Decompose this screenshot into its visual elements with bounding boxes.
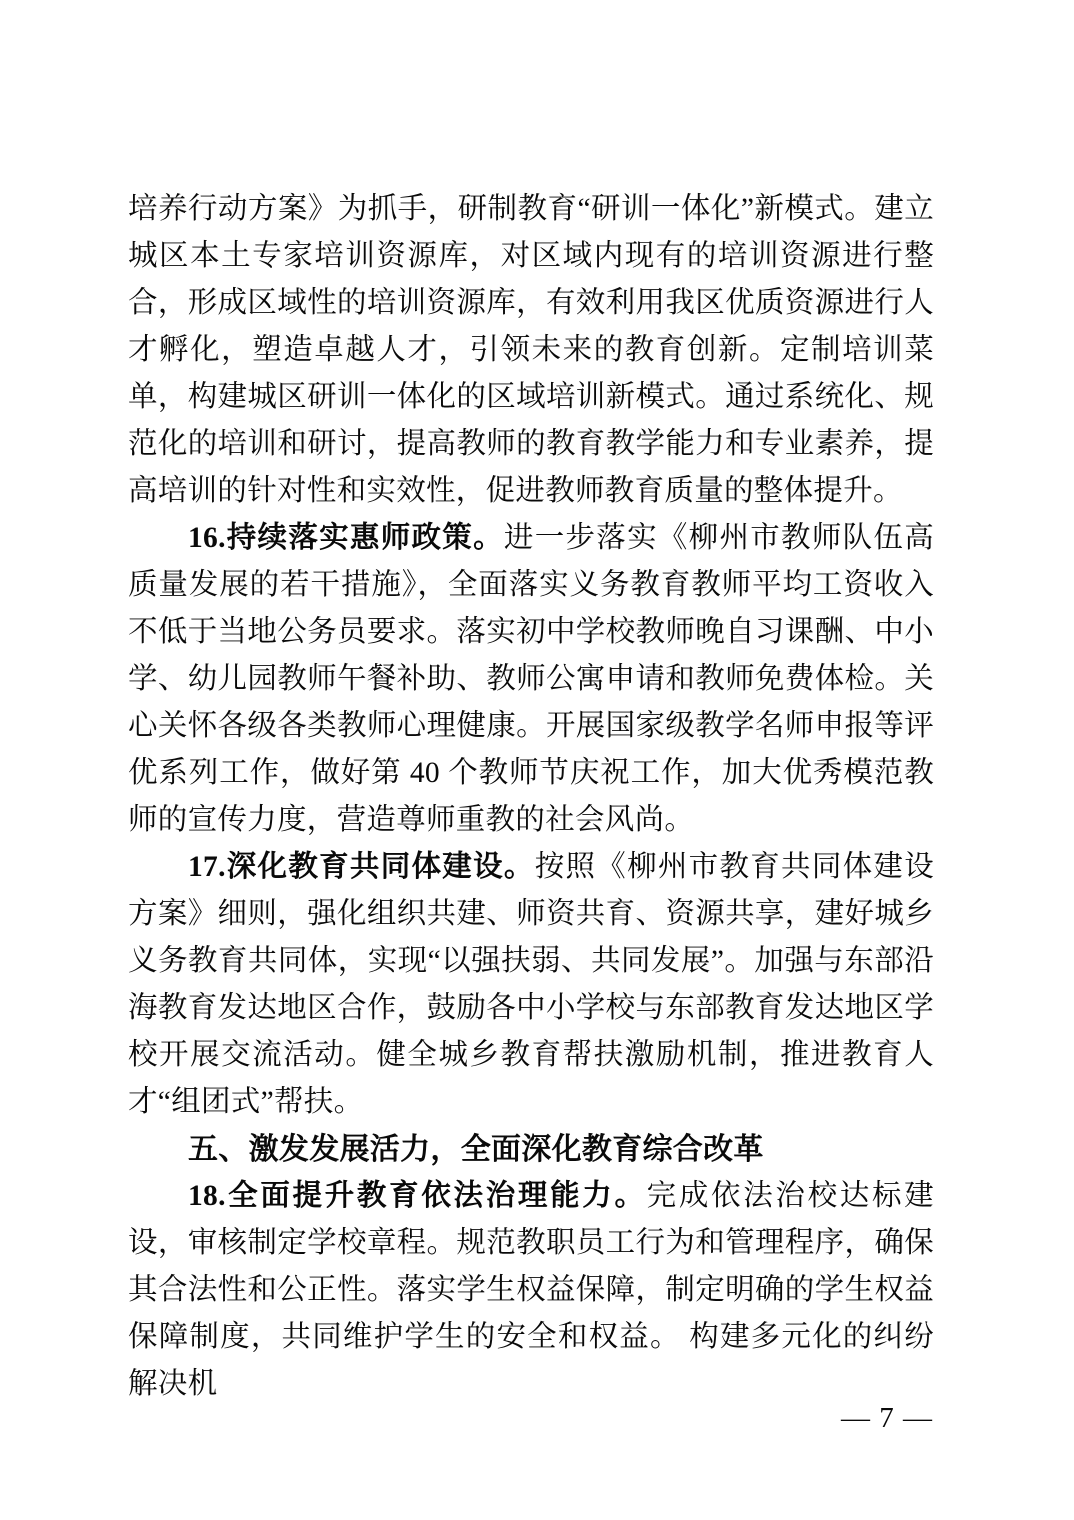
item-18: 18.全面提升教育依法治理能力。完成依法治校达标建设，审核制定学校章程。规范教职… xyxy=(128,1173,934,1408)
item-18-text: 完成依法治校达标建设，审核制定学校章程。规范教职员工行为和管理程序，确保其合法性… xyxy=(128,1180,934,1400)
document-body: 培养行动方案》为抓手，研制教育“研训一体化”新模式。建立城区本土专家培训资源库，… xyxy=(128,186,934,1408)
paragraph-continuation: 培养行动方案》为抓手，研制教育“研训一体化”新模式。建立城区本土专家培训资源库，… xyxy=(128,186,934,515)
item-16-text: 进一步落实《柳州市教师队伍高质量发展的若干措施》，全面落实义务教育教师平均工资收… xyxy=(128,522,934,836)
item-17-text: 按照《柳州市教育共同体建设方案》细则，强化组织共建、师资共育、资源共享，建好城乡… xyxy=(128,851,934,1118)
page-number: — 7 — xyxy=(841,1398,933,1438)
document-page: 培养行动方案》为抓手，研制教育“研训一体化”新模式。建立城区本土专家培训资源库，… xyxy=(0,0,1074,1520)
item-16: 16.持续落实惠师政策。进一步落实《柳州市教师队伍高质量发展的若干措施》，全面落… xyxy=(128,515,934,844)
section-5-heading: 五、激发发展活力，全面深化教育综合改革 xyxy=(128,1126,934,1173)
paragraph-text: 培养行动方案》为抓手，研制教育“研训一体化”新模式。建立城区本土专家培训资源库，… xyxy=(128,193,934,507)
item-17: 17.深化教育共同体建设。按照《柳州市教育共同体建设方案》细则，强化组织共建、师… xyxy=(128,844,934,1126)
item-16-lead: 16.持续落实惠师政策。 xyxy=(188,522,504,554)
item-18-lead: 18.全面提升教育依法治理能力。 xyxy=(188,1180,647,1212)
item-17-lead: 17.深化教育共同体建设。 xyxy=(188,851,535,883)
